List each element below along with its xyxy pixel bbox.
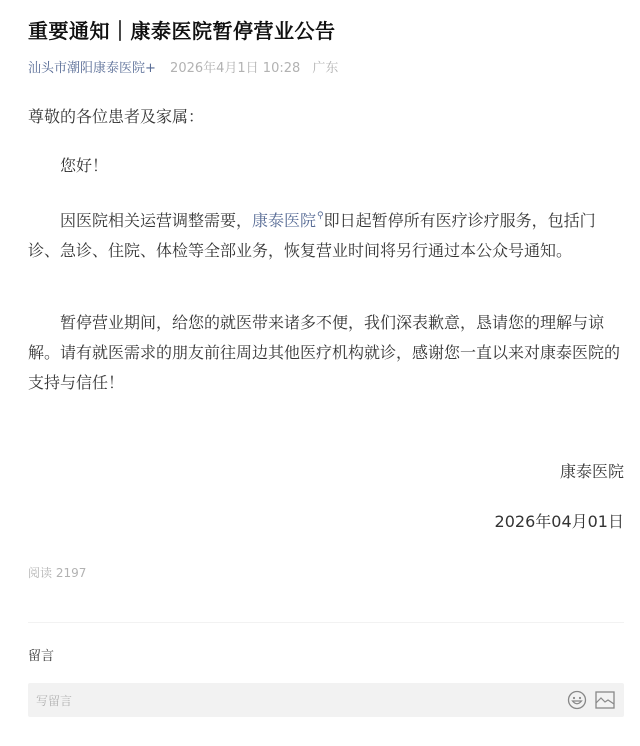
p1-before: 因医院相关运营调整需要，: [60, 211, 252, 230]
comment-input[interactable]: 写留言: [28, 683, 624, 717]
divider: [28, 622, 624, 623]
search-icon: ⚲: [317, 211, 324, 221]
salutation: 尊敬的各位患者及家属：: [28, 102, 624, 132]
hospital-search-link[interactable]: 康泰医院⚲: [252, 211, 324, 230]
sign-date: 2026年04月01日: [28, 507, 624, 537]
publish-location: 广东: [312, 61, 338, 76]
greeting: 您好！: [28, 151, 624, 181]
read-count: 阅读 2197: [28, 564, 86, 581]
hospital-link-text: 康泰医院: [252, 211, 316, 230]
comment-placeholder: 写留言: [36, 692, 72, 709]
paragraph-1: 因医院相关运营调整需要，康泰医院⚲即日起暂停所有医疗诊疗服务，包括门诊、急诊、住…: [28, 201, 624, 266]
article-title: 重要通知｜康泰医院暂停营业公告: [28, 15, 336, 44]
comments-label: 留言: [28, 645, 54, 664]
image-icon[interactable]: [595, 691, 615, 709]
account-name-link[interactable]: 汕头市潮阳康泰医院+: [28, 61, 156, 76]
signature: 康泰医院: [28, 457, 624, 487]
article-meta: 汕头市潮阳康泰医院+ 2026年4月1日 10:28 广东: [28, 57, 338, 76]
paragraph-2: 暂停营业期间，给您的就医带来诸多不便，我们深表歉意，恳请您的理解与谅解。请有就医…: [28, 308, 624, 398]
publish-time: 2026年4月1日 10:28: [170, 61, 300, 76]
emoji-icon[interactable]: [567, 690, 587, 710]
